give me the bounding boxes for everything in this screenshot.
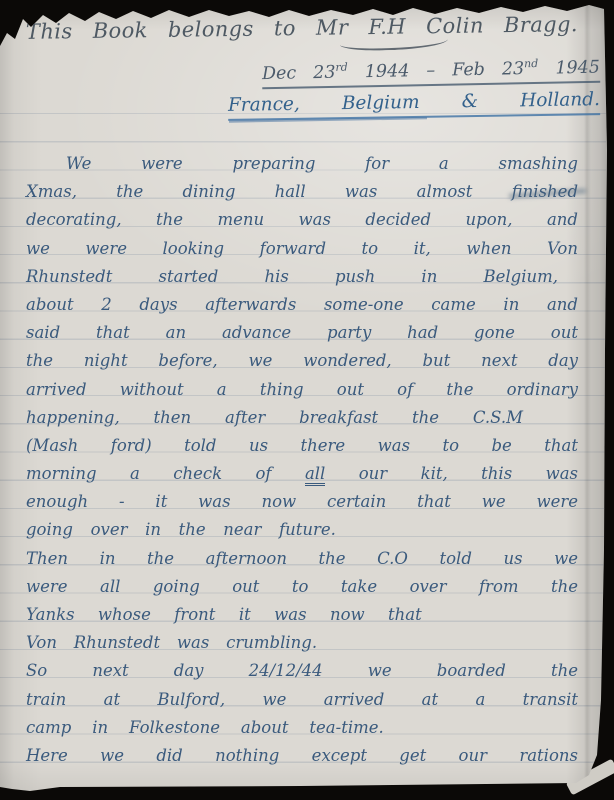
date-part: Dec 23 [262,63,336,84]
entry-line: Von Rhunstedt was crumbling. [26,629,578,657]
notebook-page: This Book belongs to Mr F.H Colin Bragg.… [0,0,614,800]
diary-entry: We were preparing for a smashing Xmas, t… [26,150,578,770]
diary-photo: This Book belongs to Mr F.H Colin Bragg.… [0,0,614,800]
entry-line: Xmas, the dining hall was almost finishe… [26,178,578,206]
entry-text: morning a check of [26,464,272,483]
entry-line: about 2 days afterwards some-one came in… [26,291,578,319]
ownership-title: This Book belongs to Mr F.H Colin Bragg. [26,12,578,54]
smudged-word: finished [512,178,578,206]
entry-line: (Mash ford) told us there was to be that [26,432,578,460]
date-range-line: Dec 23rd 1944 – Feb 23nd 1945 [262,56,600,89]
entry-line: Here we did nothing except get our ratio… [26,742,578,770]
entry-line: said that an advance party had gone out [26,319,578,347]
entry-line: Then in the afternoon the C.O told us we [26,545,578,573]
entry-text: our kit, this was [359,464,578,483]
entry-line: going over in the near future. [26,516,578,544]
entry-line: camp in Folkestone about tea-time. [26,714,578,742]
entry-line: arrived without a thing out of the ordin… [26,376,578,404]
entry-line: enough - it was now certain that we were [26,488,578,516]
entry-line: we were looking forward to it, when Von [26,235,578,263]
date-ordinal: nd [524,57,538,70]
locations-line: France, Belgium & Holland. [228,89,600,121]
entry-line: decorating, the menu was decided upon, a… [26,206,578,234]
entry-line: Yanks whose front it was now that [26,601,578,629]
entry-line: happening, then after breakfast the C.S.… [26,404,578,432]
entry-line: Rhunstedt started his push in Belgium, [26,263,578,291]
underlined-word: all [305,464,325,486]
entry-line: were all going out to take over from the [26,573,578,601]
date-ordinal: rd [335,61,348,74]
entry-text: Xmas, the dining hall was almost [26,182,472,201]
entry-line: We were preparing for a smashing [26,150,578,178]
entry-line: morning a check of all our kit, this was [26,460,578,488]
entry-line: train at Bulford, we arrived at a transi… [26,686,578,714]
date-part: 1945 [538,58,600,79]
entry-line: So next day 24/12/44 we boarded the [26,657,578,685]
entry-line: the night before, we wondered, but next … [26,347,578,375]
date-part: 1944 – Feb 23 [348,59,525,82]
